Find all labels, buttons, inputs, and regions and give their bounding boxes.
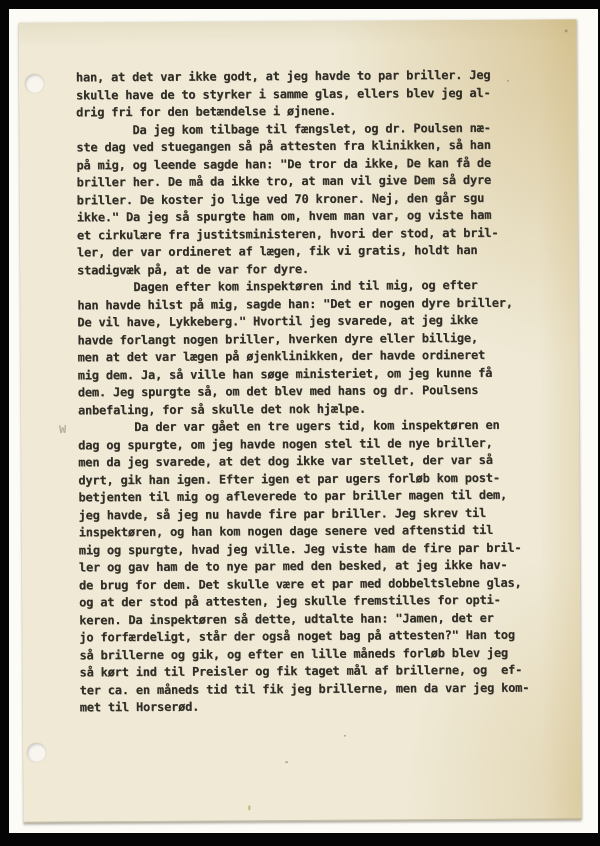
text-line: ikke." Da jeg så spurgte ham om, hvem ma… — [77, 206, 557, 226]
text-line: han, at det var ikke godt, at jeg havde … — [76, 66, 556, 86]
text-line: så kørt ind til Preisler og fik taget må… — [79, 661, 559, 681]
scan-mat: W han, at det var ikke godt, at jeg havd… — [9, 9, 598, 833]
punch-hole-top — [25, 74, 44, 93]
text-line: ler og gav ham de to nye par med den bes… — [79, 556, 559, 576]
dust-speck — [565, 29, 568, 32]
pencil-mark: W — [59, 423, 67, 436]
text-line: skulle have de to styrker i samme glas, … — [76, 84, 556, 104]
dust-speck — [285, 761, 288, 763]
dust-speck — [248, 805, 250, 810]
dust-speck — [507, 80, 509, 82]
text-line: briller her. De må da ikke tro, at man v… — [76, 171, 556, 191]
text-line: mig dem. Ja, så ville han søge ministeri… — [78, 364, 558, 384]
dust-speck — [344, 735, 346, 737]
scan-frame: { "document": { "lines": [ "han, at det … — [0, 0, 600, 846]
text-line: Da der var gået en tre ugers tid, kom in… — [78, 416, 558, 436]
typewritten-text: han, at det var ikke godt, at jeg havde … — [76, 66, 560, 716]
text-line: betjenten til mig og afleverede to par b… — [78, 486, 558, 506]
text-line: ter ca. en måneds tid til fik jeg brille… — [80, 679, 560, 699]
document-page: W han, at det var ikke godt, at jeg havd… — [19, 19, 582, 822]
punch-hole-bottom — [27, 743, 46, 762]
text-line: men da jeg svarede, at det dog ikke var … — [78, 451, 558, 471]
text-line: og at der stod på attesten, jeg skulle f… — [79, 591, 559, 611]
text-line: met til Horserød. — [80, 696, 560, 716]
text-line: han havde hilst på mig, sagde han: "Det … — [77, 294, 557, 314]
text-line: et cirkulære fra justitsministeren, hvor… — [77, 224, 557, 244]
text-line: inspektøren, og han kom nogen dage sener… — [79, 521, 559, 541]
text-line: jo forfærdeligt, står der også noget bag… — [79, 626, 559, 646]
text-line: ste dag ved stuegangen så på attesten fr… — [76, 136, 556, 156]
